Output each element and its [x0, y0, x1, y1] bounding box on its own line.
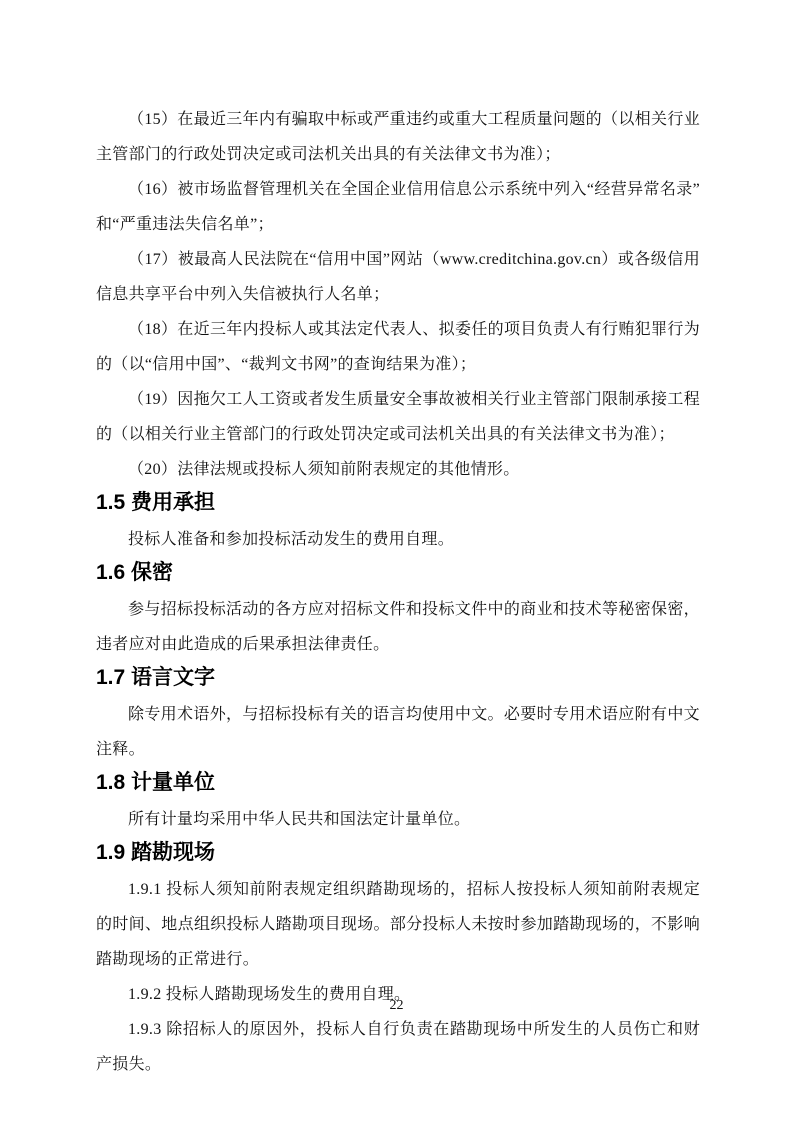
page-number: 22 [0, 996, 793, 1016]
section-heading-1-9-site-survey: 1.9 踏勘现场 [96, 837, 700, 869]
clause-1-9-3-paragraph: 1.9.3 除招标人的原因外，投标人自行负责在踏勘现场中所发生的人员伤亡和财产损… [96, 1012, 700, 1082]
section-1-6-paragraph: 参与招标投标活动的各方应对招标文件和投标文件中的商业和技术等秘密保密，违者应对由… [96, 592, 700, 662]
clause-1-9-1-paragraph: 1.9.1 投标人须知前附表规定组织踏勘现场的，招标人按投标人须知前附表规定的时… [96, 872, 700, 977]
section-1-7-paragraph: 除专用术语外，与招标投标有关的语言均使用中文。必要时专用术语应附有中文注释。 [96, 697, 700, 767]
document-page: （15）在最近三年内有骗取中标或严重违约或重大工程质量问题的（以相关行业主管部门… [0, 0, 793, 1122]
section-heading-1-5-costs: 1.5 费用承担 [96, 487, 700, 519]
clause-19-paragraph: （19）因拖欠工人工资或者发生质量安全事故被相关行业主管部门限制承接工程的（以相… [96, 382, 700, 452]
section-heading-1-8-units: 1.8 计量单位 [96, 767, 700, 799]
clause-16-paragraph: （16）被市场监督管理机关在全国企业信用信息公示系统中列入“经营异常名录”和“严… [96, 172, 700, 242]
clause-17-paragraph: （17）被最高人民法院在“信用中国”网站（www.creditchina.gov… [96, 242, 700, 312]
section-heading-1-7-language: 1.7 语言文字 [96, 662, 700, 694]
section-1-8-paragraph: 所有计量均采用中华人民共和国法定计量单位。 [96, 802, 700, 837]
section-1-5-paragraph: 投标人准备和参加投标活动发生的费用自理。 [96, 522, 700, 557]
section-heading-1-6-confidentiality: 1.6 保密 [96, 557, 700, 589]
clause-18-paragraph: （18）在近三年内投标人或其法定代表人、拟委任的项目负责人有行贿犯罪行为的（以“… [96, 312, 700, 382]
clause-20-paragraph: （20）法律法规或投标人须知前附表规定的其他情形。 [96, 452, 700, 487]
clause-15-paragraph: （15）在最近三年内有骗取中标或严重违约或重大工程质量问题的（以相关行业主管部门… [96, 102, 700, 172]
